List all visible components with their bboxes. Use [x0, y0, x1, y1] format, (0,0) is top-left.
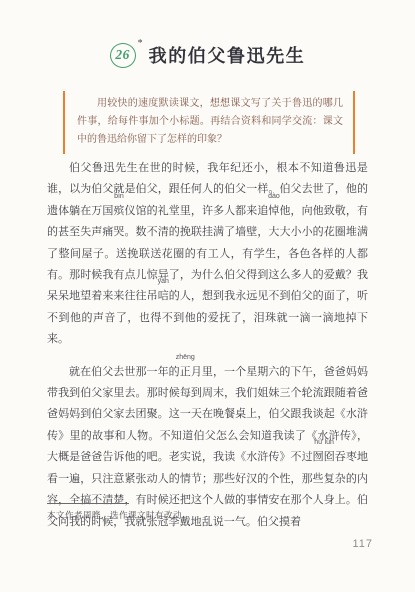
- pinyin-annotated-char: 悼dào: [268, 201, 279, 222]
- footnote-area: 本文作者周晔，选作课文时有改动。: [47, 503, 368, 521]
- page-number: 117: [352, 538, 373, 550]
- pinyin-annotated-char: 囫hú: [313, 447, 324, 468]
- textbook-page: 26 * 我的伯父鲁迅先生 用较快的速度默读课文，想想课文写了关于鲁迅的哪几件事…: [0, 0, 415, 592]
- lesson-number: 26: [110, 43, 136, 68]
- pinyin-annotated-char: 殡bìn: [113, 201, 124, 222]
- lesson-header: 26 * 我的伯父鲁迅先生: [0, 42, 415, 68]
- footnote-divider: [47, 503, 129, 504]
- optional-lesson-star-mark: *: [138, 38, 143, 49]
- pinyin-annotated-char: 正zhēng: [180, 362, 191, 383]
- reading-prompt-text: 用较快的速度默读课文，想想课文写了关于鲁迅的哪几件事，给每件事加个小标题。再结合…: [77, 95, 343, 149]
- lesson-number-badge: 26 *: [110, 43, 136, 68]
- pinyin-annotated-char: 囵lún: [324, 447, 335, 468]
- paragraph-1: 伯父鲁迅先生在世的时候，我年纪还小，根本不知道鲁迅是谁，以为伯父就是伯父，跟任何…: [47, 158, 368, 351]
- lesson-body-text: 伯父鲁迅先生在世的时候，我年纪还小，根本不知道鲁迅是谁，以为伯父就是伯父，跟任何…: [47, 158, 368, 544]
- lesson-title: 我的伯父鲁迅先生: [149, 42, 306, 68]
- pinyin-annotated-char: 唁yàn: [158, 286, 169, 307]
- reading-prompt-box: 用较快的速度默读课文，想想课文写了关于鲁迅的哪几件事，给每件事加个小标题。再结合…: [63, 91, 355, 154]
- footnote-text: 本文作者周晔，选作课文时有改动。: [47, 509, 368, 521]
